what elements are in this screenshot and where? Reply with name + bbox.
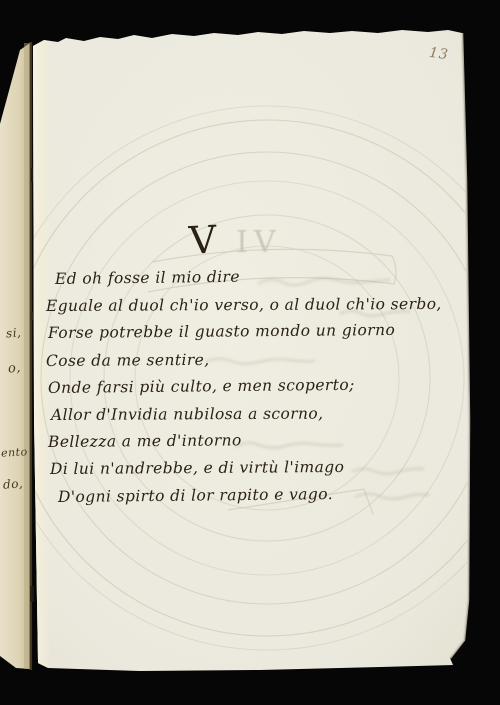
gutter-speckle (30, 312, 33, 320)
sliver-fold-shadow (24, 43, 30, 669)
gutter-fragment: do, (3, 476, 24, 491)
folio-number: 13 (428, 45, 450, 63)
poem-text-block: Ed oh fosse il mio dire Eguale al duol c… (44, 266, 464, 511)
gutter-speckle (30, 586, 34, 602)
gutter-fragment: ento (1, 445, 28, 459)
poem-line: Allor d'Invidia nubilosa a scorno, (51, 400, 464, 429)
gutter-crease (30, 42, 33, 670)
heading-numeral-faint: IV (236, 226, 282, 260)
poem-line: Ed oh fosse il mio dire (55, 261, 464, 293)
heading-numeral: V (188, 219, 218, 260)
manuscript-photograph: 13 IV V Ed oh fosse il mio dire Eguale a… (0, 0, 500, 705)
poem-line: Forse potrebbe il guasto mondo un giorno (48, 317, 464, 348)
gutter-fragment: o, (7, 360, 21, 376)
poem-line: Di lui n'andrebbe, e di virtù l'imago (50, 454, 464, 484)
poem-line: D'ogni spirto di lor rapito e vago. (58, 479, 464, 510)
poem-line: Cose da me sentire, (46, 345, 464, 375)
poem-line: Bellezza a me d'intorno (48, 426, 464, 457)
gutter-fragment: si, (6, 325, 22, 340)
poem-line: Onde farsi più culto, e men scoperto; (48, 370, 464, 402)
